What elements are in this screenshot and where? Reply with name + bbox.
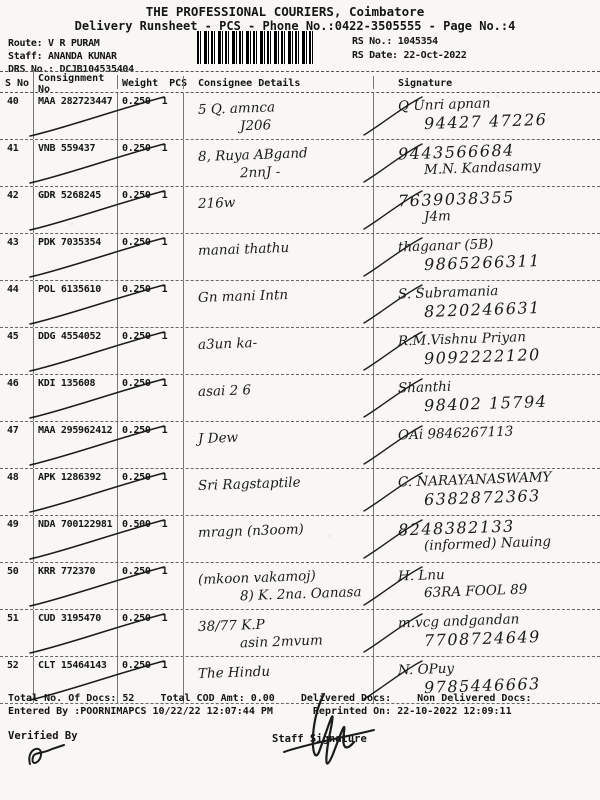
signature-handwriting: 98402 15794 bbox=[424, 391, 600, 414]
consignee-cell: Sri Ragstaptile bbox=[183, 469, 373, 515]
consignee-handwriting: manai thathu bbox=[198, 237, 373, 260]
signature-handwriting: OAi 9846267113 bbox=[398, 420, 600, 444]
signature-cell: R.M.Vishnu Priyan9092222120 bbox=[373, 328, 600, 374]
weight-cell: 0.250 bbox=[122, 613, 151, 656]
rs-no-line: RS No.: 1045354 bbox=[352, 35, 466, 49]
consignee-cell: manai thathu bbox=[183, 234, 373, 280]
consignee-handwriting: Sri Ragstaptile bbox=[198, 472, 373, 495]
consignment-cell: NDA 700122981 bbox=[33, 516, 117, 562]
sno-cell: 41 bbox=[0, 140, 33, 186]
sno-cell: 49 bbox=[0, 516, 33, 562]
consignee-cell: 38/77 K.Pasin 2mvum bbox=[183, 610, 373, 656]
table-row: 49 NDA 700122981 0.500 1 mragn (n3oom) 8… bbox=[0, 516, 600, 563]
pcs-cell: 1 bbox=[162, 143, 168, 186]
consignment-cell: DDG 4554052 bbox=[33, 328, 117, 374]
table-row: 46 KDI 135608 0.250 1 asai 2 6 Shanthi98… bbox=[0, 375, 600, 422]
col-consignee: Consignee Details bbox=[183, 76, 373, 89]
pcs-cell: 1 bbox=[162, 472, 168, 515]
weight-cell: 0.500 bbox=[122, 519, 151, 562]
consignee-cell: asai 2 6 bbox=[183, 375, 373, 421]
consignee-cell: 216w bbox=[183, 187, 373, 233]
page-title: THE PROFESSIONAL COURIERS, Coimbatore bbox=[0, 4, 570, 19]
consignee-handwriting: a3un ka- bbox=[198, 331, 373, 354]
consignment-cell: MAA 282723447 bbox=[33, 93, 117, 139]
consignment-cell: KDI 135608 bbox=[33, 375, 117, 421]
consignee-handwriting: 216w bbox=[198, 190, 373, 213]
signature-cell: H. Lnu63RA FOOL 89 bbox=[373, 563, 600, 609]
signature-cell: 9443566684M.N. Kandasamy bbox=[373, 140, 600, 186]
signature-cell: C. NARAYANASWAMY6382872363 bbox=[373, 469, 600, 515]
pcs-cell: 1 bbox=[162, 96, 168, 139]
sno-cell: 45 bbox=[0, 328, 33, 374]
table-row: 47 MAA 295962412 0.250 1 J Dew OAi 98462… bbox=[0, 422, 600, 469]
signature-handwriting: 94427 47226 bbox=[424, 109, 600, 132]
verified-by-label: Verified By bbox=[8, 730, 78, 742]
table-header-row: S No Consignment No Weight PCS Consignee… bbox=[0, 72, 600, 93]
consignee-cell: a3un ka- bbox=[183, 328, 373, 374]
consignee-handwriting: 2nnJ - bbox=[240, 161, 374, 183]
sno-cell: 51 bbox=[0, 610, 33, 656]
consignee-cell: mragn (n3oom) bbox=[183, 516, 373, 562]
consignee-cell: (mkoon vakamoj)8) K. 2na. Oanasa bbox=[183, 563, 373, 609]
pcs-cell: 1 bbox=[162, 566, 168, 609]
consignment-cell: KRR 772370 bbox=[33, 563, 117, 609]
consignee-handwriting: 8) K. 2na. Oanasa bbox=[240, 584, 374, 606]
pcs-cell: 1 bbox=[162, 613, 168, 656]
signature-handwriting: 6382872363 bbox=[424, 485, 600, 508]
signature-cell: 7639038355J4m bbox=[373, 187, 600, 233]
signature-handwriting: 9865266311 bbox=[424, 250, 600, 273]
consignee-handwriting: The Hindu bbox=[198, 660, 373, 683]
table-row: 48 APK 1286392 0.250 1 Sri Ragstaptile C… bbox=[0, 469, 600, 516]
staff-signature-scribble bbox=[278, 690, 388, 790]
table-body: 40 MAA 282723447 0.250 1 5 Q. amncaJ206 … bbox=[0, 93, 600, 704]
col-weight: Weight bbox=[122, 78, 158, 89]
pcs-cell: 1 bbox=[162, 519, 168, 562]
weight-cell: 0.250 bbox=[122, 425, 151, 468]
consignee-cell: Gn mani Intn bbox=[183, 281, 373, 327]
sno-cell: 40 bbox=[0, 93, 33, 139]
table-row: 50 KRR 772370 0.250 1 (mkoon vakamoj)8) … bbox=[0, 563, 600, 610]
sno-cell: 46 bbox=[0, 375, 33, 421]
table-row: 44 POL 6135610 0.250 1 Gn mani Intn S. S… bbox=[0, 281, 600, 328]
col-weight-pcs: Weight PCS bbox=[117, 75, 183, 89]
total-docs: Total No. Of Docs: 52 bbox=[8, 693, 134, 704]
col-consignment: Consignment No bbox=[33, 70, 117, 95]
total-cod: Total COD Amt: 0.00 bbox=[160, 693, 274, 704]
delivery-runsheet-document: THE PROFESSIONAL COURIERS, Coimbatore De… bbox=[0, 0, 600, 800]
signature-handwriting: 7708724649 bbox=[424, 626, 600, 649]
signature-cell: Shanthi98402 15794 bbox=[373, 375, 600, 421]
rs-block: RS No.: 1045354 RS Date: 22-Oct-2022 bbox=[352, 35, 466, 63]
consignee-cell: 5 Q. amncaJ206 bbox=[183, 93, 373, 139]
sno-cell: 47 bbox=[0, 422, 33, 468]
weight-cell: 0.250 bbox=[122, 331, 151, 374]
signature-cell: m.vcg andgandan7708724649 bbox=[373, 610, 600, 656]
consignee-handwriting: J206 bbox=[240, 114, 374, 136]
weight-cell: 0.250 bbox=[122, 96, 151, 139]
signature-handwriting: 8220246631 bbox=[424, 297, 600, 320]
non-delivered-docs: Non Delivered Docs: bbox=[417, 693, 531, 704]
staff-line: Staff: ANANDA KUNAR bbox=[8, 50, 134, 63]
table-row: 40 MAA 282723447 0.250 1 5 Q. amncaJ206 … bbox=[0, 93, 600, 140]
weight-cell: 0.250 bbox=[122, 378, 151, 421]
runsheet-table: S No Consignment No Weight PCS Consignee… bbox=[0, 71, 600, 704]
consignment-cell: MAA 295962412 bbox=[33, 422, 117, 468]
route-line: Route: V R PURAM bbox=[8, 37, 134, 50]
signature-cell: 8248382133(informed) Nauing bbox=[373, 516, 600, 562]
signature-cell: Q Unri apnan94427 47226 bbox=[373, 93, 600, 139]
weight-cell: 0.250 bbox=[122, 284, 151, 327]
consignment-cell: VNB 559437 bbox=[33, 140, 117, 186]
col-signature: Signature bbox=[373, 76, 600, 89]
pcs-cell: 1 bbox=[162, 237, 168, 280]
consignee-handwriting: J Dew bbox=[198, 425, 373, 448]
consignee-cell: 8, Ruya ABgand2nnJ - bbox=[183, 140, 373, 186]
weight-cell: 0.250 bbox=[122, 190, 151, 233]
consignee-handwriting: mragn (n3oom) bbox=[198, 519, 373, 542]
consignment-cell: APK 1286392 bbox=[33, 469, 117, 515]
pcs-cell: 1 bbox=[162, 378, 168, 421]
sno-cell: 48 bbox=[0, 469, 33, 515]
table-row: 43 PDK 7035354 0.250 1 manai thathu thag… bbox=[0, 234, 600, 281]
consignment-cell: PDK 7035354 bbox=[33, 234, 117, 280]
rs-date-line: RS Date: 22-Oct-2022 bbox=[352, 49, 466, 63]
signature-handwriting: 9092222120 bbox=[424, 344, 600, 367]
barcode-image bbox=[197, 31, 313, 64]
consignee-cell: J Dew bbox=[183, 422, 373, 468]
consignment-cell: CUD 3195470 bbox=[33, 610, 117, 656]
signature-cell: thaganar (5B)9865266311 bbox=[373, 234, 600, 280]
signature-cell: S. Subramania8220246631 bbox=[373, 281, 600, 327]
entered-by: Entered By :POORNIMAPCS 10/22/22 12:07:4… bbox=[8, 706, 273, 717]
consignee-handwriting: asin 2mvum bbox=[240, 631, 374, 653]
signature-cell: OAi 9846267113 bbox=[373, 422, 600, 468]
consignment-cell: POL 6135610 bbox=[33, 281, 117, 327]
pcs-cell: 1 bbox=[162, 284, 168, 327]
consignee-handwriting: asai 2 6 bbox=[198, 378, 373, 401]
table-row: 45 DDG 4554052 0.250 1 a3un ka- R.M.Vish… bbox=[0, 328, 600, 375]
weight-cell: 0.250 bbox=[122, 237, 151, 280]
table-row: 51 CUD 3195470 0.250 1 38/77 K.Pasin 2mv… bbox=[0, 610, 600, 657]
pcs-cell: 1 bbox=[162, 190, 168, 233]
sno-cell: 43 bbox=[0, 234, 33, 280]
sno-cell: 44 bbox=[0, 281, 33, 327]
col-sno: S No bbox=[0, 75, 33, 89]
consignment-cell: GDR 5268245 bbox=[33, 187, 117, 233]
consignee-handwriting: Gn mani Intn bbox=[198, 284, 373, 307]
weight-cell: 0.250 bbox=[122, 143, 151, 186]
verified-by-signature bbox=[22, 742, 68, 776]
weight-cell: 0.250 bbox=[122, 472, 151, 515]
table-row: 41 VNB 559437 0.250 1 8, Ruya ABgand2nnJ… bbox=[0, 140, 600, 187]
pcs-cell: 1 bbox=[162, 425, 168, 468]
table-row: 42 GDR 5268245 0.250 1 216w 7639038355J4… bbox=[0, 187, 600, 234]
weight-cell: 0.250 bbox=[122, 566, 151, 609]
sno-cell: 42 bbox=[0, 187, 33, 233]
sno-cell: 50 bbox=[0, 563, 33, 609]
pcs-cell: 1 bbox=[162, 331, 168, 374]
